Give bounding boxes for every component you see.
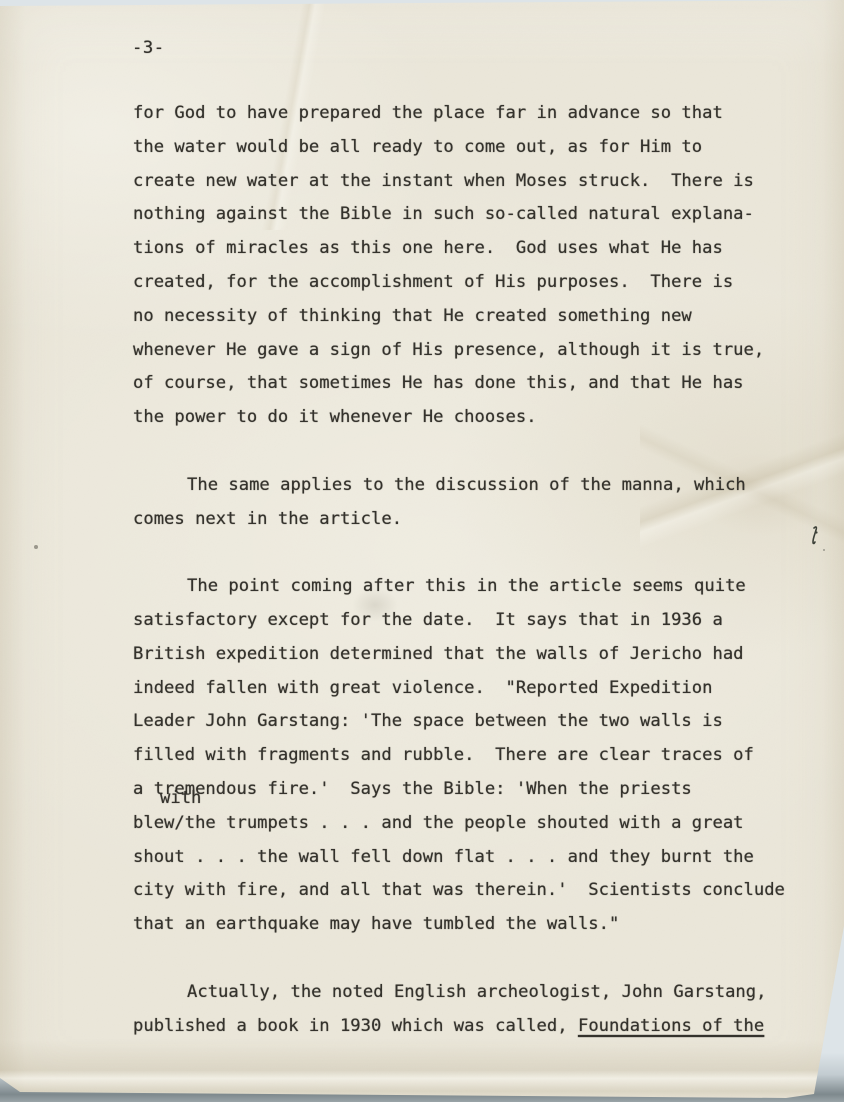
text-line: British expedition determined that the w…	[133, 638, 813, 672]
paper-fold-bottom	[0, 1040, 844, 1098]
typewritten-text: for God to have prepared the place far i…	[133, 97, 813, 1043]
page-number: -3-	[132, 38, 165, 58]
text-segment	[133, 542, 143, 562]
text-segment: that an earthquake may have tumbled the …	[133, 914, 619, 934]
text-segment: The same applies to the discussion of th…	[187, 475, 746, 495]
text-line: Actually, the noted English archeologist…	[133, 976, 813, 1010]
text-line: The point coming after this in the artic…	[133, 570, 813, 604]
text-segment: city with fire, and all that was therein…	[133, 880, 785, 900]
text-line: create new water at the instant when Mos…	[133, 165, 813, 199]
text-segment: the power to do it whenever He chooses.	[133, 407, 537, 427]
text-segment: tions of miracles as this one here. God …	[133, 238, 723, 258]
text-segment: indeed fallen with great violence. "Repo…	[133, 678, 712, 698]
text-line: of course, that sometimes He has done th…	[133, 367, 813, 401]
text-line: whenever He gave a sign of His presence,…	[133, 334, 813, 368]
underlined-book-title: Foundations of the	[578, 1016, 764, 1036]
text-line: a tremendous fire.' Says the Bible: 'Whe…	[133, 773, 813, 807]
text-line	[133, 435, 813, 469]
text-line: The same applies to the discussion of th…	[133, 469, 813, 503]
text-segment: created, for the accomplishment of His p…	[133, 272, 733, 292]
text-segment: blew/the trumpets . . . and the people s…	[133, 813, 744, 833]
paper-speck	[34, 545, 38, 549]
text-segment: British expedition determined that the w…	[133, 644, 744, 664]
text-line: created, for the accomplishment of His p…	[133, 266, 813, 300]
text-segment	[133, 948, 143, 968]
text-segment: Leader John Garstang: 'The space between…	[133, 711, 723, 731]
ink-mark	[804, 524, 828, 564]
text-line: withblew/the trumpets . . . and the peop…	[133, 807, 813, 841]
text-segment: filled with fragments and rubble. There …	[133, 745, 754, 765]
text-line: that an earthquake may have tumbled the …	[133, 908, 813, 942]
text-line: indeed fallen with great violence. "Repo…	[133, 672, 813, 706]
text-line: for God to have prepared the place far i…	[133, 97, 813, 131]
text-segment: create new water at the instant when Mos…	[133, 171, 754, 191]
text-segment: the water would be all ready to come out…	[133, 137, 702, 157]
text-segment: no necessity of thinking that He created…	[133, 306, 692, 326]
text-line	[133, 536, 813, 570]
text-line: satisfactory except for the date. It say…	[133, 604, 813, 638]
paper: -3- for God to have prepared the place f…	[0, 0, 844, 1102]
text-segment: for God to have prepared the place far i…	[133, 103, 723, 123]
text-segment: Actually, the noted English archeologist…	[187, 982, 766, 1002]
text-line: Leader John Garstang: 'The space between…	[133, 705, 813, 739]
text-segment: whenever He gave a sign of His presence,…	[133, 340, 764, 360]
scan-background: -3- for God to have prepared the place f…	[0, 0, 844, 1102]
text-segment: of course, that sometimes He has done th…	[133, 373, 744, 393]
text-segment: satisfactory except for the date. It say…	[133, 610, 723, 630]
text-segment	[133, 441, 143, 461]
text-segment: The point coming after this in the artic…	[187, 576, 746, 596]
text-line: nothing against the Bible in such so-cal…	[133, 198, 813, 232]
interlinear-insertion: with	[160, 790, 201, 807]
text-segment: a tremendous fire.' Says the Bible: 'Whe…	[133, 779, 692, 799]
text-segment: nothing against the Bible in such so-cal…	[133, 204, 754, 224]
text-segment: comes next in the article.	[133, 509, 402, 529]
text-line: no necessity of thinking that He created…	[133, 300, 813, 334]
text-line: tions of miracles as this one here. God …	[133, 232, 813, 266]
text-line: published a book in 1930 which was calle…	[133, 1010, 813, 1044]
text-line: shout . . . the wall fell down flat . . …	[133, 841, 813, 875]
text-line	[133, 942, 813, 976]
text-segment: shout . . . the wall fell down flat . . …	[133, 847, 754, 867]
text-line: filled with fragments and rubble. There …	[133, 739, 813, 773]
text-line: the water would be all ready to come out…	[133, 131, 813, 165]
text-segment: published a book in 1930 which was calle…	[133, 1016, 578, 1036]
text-line: city with fire, and all that was therein…	[133, 874, 813, 908]
text-line: the power to do it whenever He chooses.	[133, 401, 813, 435]
text-line: comes next in the article.	[133, 503, 813, 537]
